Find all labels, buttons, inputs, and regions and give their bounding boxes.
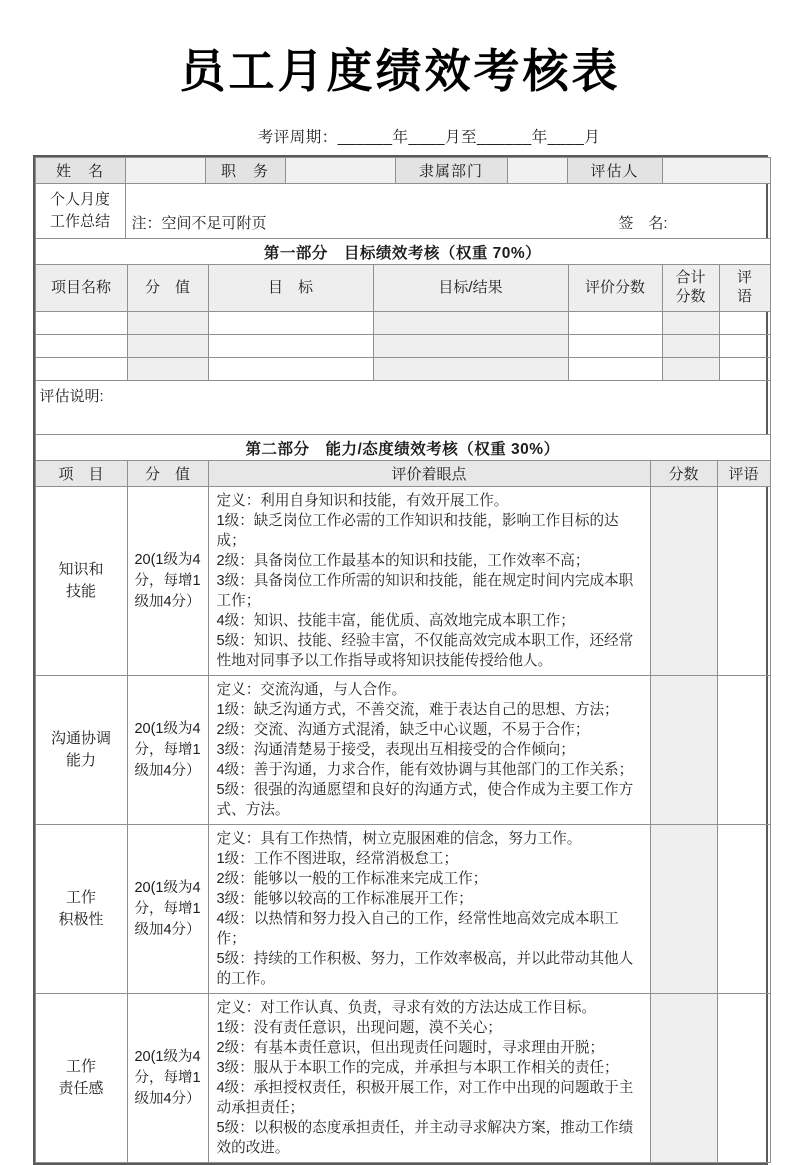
item-name: 知识和 技能 xyxy=(35,487,127,676)
info-table: 姓 名 职 务 隶属部门 评估人 个人月度 工作总结 注：空间不足可附页 签 名… xyxy=(35,157,771,239)
assessment-form: 员工月度绩效考核表 考评周期：______年____月至______年____月… xyxy=(33,0,768,1165)
score-value-cell[interactable] xyxy=(127,358,208,381)
ability-row-knowledge-skills: 知识和 技能 20(1级为4分，每增1级加4分） 定义：利用自身知识和技能，有效… xyxy=(35,487,770,676)
section2-header-row: 项 目 分 值 评价着眼点 分数 评语 xyxy=(35,461,770,487)
position-value-cell[interactable] xyxy=(285,158,395,184)
section2-title-row: 第二部分 能力/态度绩效考核（权重 30%） xyxy=(35,435,770,461)
info-row: 姓 名 职 务 隶属部门 评估人 xyxy=(35,158,770,184)
item-remark-cell[interactable] xyxy=(717,825,770,994)
total-score-cell[interactable] xyxy=(662,358,719,381)
position-label: 职 务 xyxy=(205,158,285,184)
remark-cell[interactable] xyxy=(719,312,770,335)
item-remark-cell[interactable] xyxy=(717,676,770,825)
total-score-cell[interactable] xyxy=(662,335,719,358)
col-header-target: 目 标 xyxy=(208,265,373,312)
item-score-rule: 20(1级为4分，每增1级加4分） xyxy=(127,825,208,994)
name-value-cell[interactable] xyxy=(125,158,205,184)
item-score-rule: 20(1级为4分，每增1级加4分） xyxy=(127,487,208,676)
target-result-cell[interactable] xyxy=(373,335,568,358)
section2-title: 第二部分 能力/态度绩效考核（权重 30%） xyxy=(35,435,770,461)
col-header-total-score: 合计 分数 xyxy=(662,265,719,312)
monthly-summary-label: 个人月度 工作总结 xyxy=(35,184,125,239)
objective-row xyxy=(35,312,770,335)
col-header-eval-score: 评价分数 xyxy=(568,265,662,312)
col-header-criteria: 评价着眼点 xyxy=(208,461,650,487)
signature-label: 签 名: xyxy=(618,212,667,233)
evaluation-note-row: 评估说明: xyxy=(35,381,770,435)
assessor-label: 评估人 xyxy=(567,158,662,184)
item-score-cell[interactable] xyxy=(650,487,717,676)
ability-row-initiative: 工作 积极性 20(1级为4分，每增1级加4分） 定义：具有工作热情，树立克服困… xyxy=(35,825,770,994)
total-score-cell[interactable] xyxy=(662,312,719,335)
item-score-rule: 20(1级为4分，每增1级加4分） xyxy=(127,676,208,825)
item-name: 沟通协调 能力 xyxy=(35,676,127,825)
item-remark-cell[interactable] xyxy=(717,994,770,1163)
item-name: 工作 责任感 xyxy=(35,994,127,1163)
project-name-cell[interactable] xyxy=(35,358,127,381)
section1-header-row: 项目名称 分 值 目 标 目标/结果 评价分数 合计 分数 评 语 xyxy=(35,265,770,312)
col-header-remark2: 评语 xyxy=(717,461,770,487)
col-header-target-result: 目标/结果 xyxy=(373,265,568,312)
target-result-cell[interactable] xyxy=(373,358,568,381)
eval-score-cell[interactable] xyxy=(568,312,662,335)
ability-row-responsibility: 工作 责任感 20(1级为4分，每增1级加4分） 定义：对工作认真、负责，寻求有… xyxy=(35,994,770,1163)
remark-cell[interactable] xyxy=(719,358,770,381)
item-score-cell[interactable] xyxy=(650,825,717,994)
col-header-score-value: 分 值 xyxy=(127,265,208,312)
page-title: 员工月度绩效考核表 xyxy=(33,44,768,99)
ability-row-communication: 沟通协调 能力 20(1级为4分，每增1级加4分） 定义：交流沟通，与人合作。 … xyxy=(35,676,770,825)
department-value-cell[interactable] xyxy=(507,158,567,184)
remark-cell[interactable] xyxy=(719,335,770,358)
monthly-summary-cell[interactable]: 注：空间不足可附页 签 名: xyxy=(125,184,770,239)
objective-row xyxy=(35,358,770,381)
assessment-period-line: 考评周期：______年____月至______年____月 xyxy=(33,125,768,147)
name-label: 姓 名 xyxy=(35,158,125,184)
col-header-remark: 评 语 xyxy=(719,265,770,312)
item-criteria: 定义：具有工作热情，树立克服困难的信念，努力工作。 1级：工作不图进取，经常消极… xyxy=(208,825,650,994)
score-value-cell[interactable] xyxy=(127,335,208,358)
item-score-cell[interactable] xyxy=(650,676,717,825)
score-value-cell[interactable] xyxy=(127,312,208,335)
section1-title-row: 第一部分 目标绩效考核（权重 70%） xyxy=(35,239,770,265)
section2-table: 第二部分 能力/态度绩效考核（权重 30%） 项 目 分 值 评价着眼点 分数 … xyxy=(35,434,771,1163)
target-cell[interactable] xyxy=(208,358,373,381)
item-score-rule: 20(1级为4分，每增1级加4分） xyxy=(127,994,208,1163)
col-header-project-name: 项目名称 xyxy=(35,265,127,312)
target-cell[interactable] xyxy=(208,312,373,335)
department-label: 隶属部门 xyxy=(395,158,507,184)
monthly-summary-row: 个人月度 工作总结 注：空间不足可附页 签 名: xyxy=(35,184,770,239)
evaluation-note-cell[interactable]: 评估说明: xyxy=(35,381,770,435)
col-header-score2: 分数 xyxy=(650,461,717,487)
attachment-note: 注：空间不足可附页 xyxy=(132,212,267,233)
section1-table: 第一部分 目标绩效考核（权重 70%） 项目名称 分 值 目 标 目标/结果 评… xyxy=(35,238,771,435)
item-criteria: 定义：利用自身知识和技能，有效开展工作。 1级：缺乏岗位工作必需的工作知识和技能… xyxy=(208,487,650,676)
section1-title: 第一部分 目标绩效考核（权重 70%） xyxy=(35,239,770,265)
objective-row xyxy=(35,335,770,358)
col-header-item: 项 目 xyxy=(35,461,127,487)
project-name-cell[interactable] xyxy=(35,335,127,358)
item-remark-cell[interactable] xyxy=(717,487,770,676)
assessor-value-cell[interactable] xyxy=(662,158,770,184)
project-name-cell[interactable] xyxy=(35,312,127,335)
col-header-score-value2: 分 值 xyxy=(127,461,208,487)
eval-score-cell[interactable] xyxy=(568,335,662,358)
target-result-cell[interactable] xyxy=(373,312,568,335)
item-criteria: 定义：对工作认真、负责，寻求有效的方法达成工作目标。 1级：没有责任意识，出现问… xyxy=(208,994,650,1163)
form-table: 姓 名 职 务 隶属部门 评估人 个人月度 工作总结 注：空间不足可附页 签 名… xyxy=(33,155,768,1165)
eval-score-cell[interactable] xyxy=(568,358,662,381)
item-criteria: 定义：交流沟通，与人合作。 1级：缺乏沟通方式，不善交流，难于表达自己的思想、方… xyxy=(208,676,650,825)
item-score-cell[interactable] xyxy=(650,994,717,1163)
target-cell[interactable] xyxy=(208,335,373,358)
item-name: 工作 积极性 xyxy=(35,825,127,994)
